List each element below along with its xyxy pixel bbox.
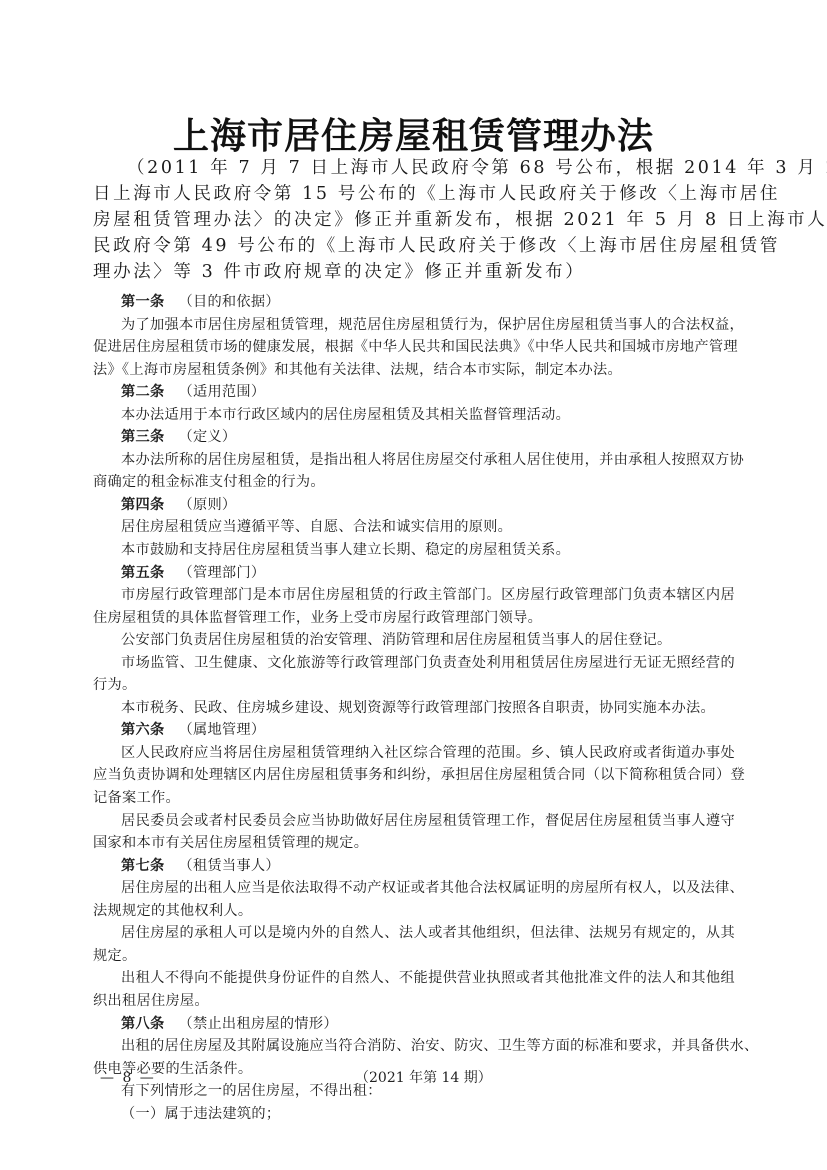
document-title: 上海市居住房屋租赁管理办法	[0, 116, 827, 156]
paragraph-line: 公安部门负责居住房屋租赁的治安管理、消防管理和居住房屋租赁当事人的居住登记。	[93, 629, 735, 652]
article-number: 第三条	[121, 429, 164, 445]
paragraph-line: 法》《上海市房屋租赁条例》和其他有关法律、法规，结合本市实际，制定本办法。	[93, 359, 735, 382]
preamble: （2011 年 7 月 7 日上海市人民政府令第 68 号公布，根据 2014 …	[93, 155, 737, 285]
article-title: （管理部门）	[178, 565, 265, 581]
paragraph-line: 居住房屋的承租人可以是境内外的自然人、法人或者其他组织，但法律、法规另有规定的，…	[93, 922, 735, 945]
paragraph-line: 居住房屋租赁应当遵循平等、自愿、合法和诚实信用的原则。	[93, 516, 735, 539]
paragraph-line: 织出租居住房屋。	[93, 990, 735, 1013]
paragraph-line: 应当负责协调和处理辖区内居住房屋租赁事务和纠纷，承担居住房屋租赁合同（以下简称租…	[93, 764, 735, 787]
preamble-line: 房屋租赁管理办法〉的决定》修正并重新发布，根据 2021 年 5 月 8 日上海…	[93, 207, 737, 233]
paragraph-line: 本办法适用于本市行政区域内的居住房屋租赁及其相关监督管理活动。	[93, 404, 735, 427]
article-title: （租赁当事人）	[178, 858, 279, 874]
article-heading: 第四条（原则）	[93, 494, 735, 517]
preamble-line: 日上海市人民政府令第 15 号公布的《上海市人民政府关于修改〈上海市居住	[93, 181, 737, 207]
paragraph-line: 为了加强本市居住房屋租赁管理，规范居住房屋租赁行为，保护居住房屋租赁当事人的合法…	[93, 314, 735, 337]
article-title: （属地管理）	[178, 722, 265, 738]
paragraph-line: 出租的居住房屋及其附属设施应当符合消防、治安、防灾、卫生等方面的标准和要求，并具…	[93, 1035, 735, 1058]
paragraph-line: 区人民政府应当将居住房屋租赁管理纳入社区综合管理的范围。乡、镇人民政府或者街道办…	[93, 742, 735, 765]
paragraph-line: 市房屋行政管理部门是本市居住房屋租赁的行政主管部门。区房屋行政管理部门负责本辖区…	[93, 584, 735, 607]
article-heading: 第七条（租赁当事人）	[93, 855, 735, 878]
article-heading: 第二条（适用范围）	[93, 381, 735, 404]
paragraph-line: 本市税务、民政、住房城乡建设、规划资源等行政管理部门按照各自职责，协同实施本办法…	[93, 697, 735, 720]
paragraph-line: 出租人不得向不能提供身份证件的自然人、不能提供营业执照或者其他批准文件的法人和其…	[93, 967, 735, 990]
paragraph-line: 国家和本市有关居住房屋租赁管理的规定。	[93, 832, 735, 855]
document-body: 第一条（目的和依据）为了加强本市居住房屋租赁管理，规范居住房屋租赁行为，保护居住…	[93, 291, 735, 1125]
article-title: （原则）	[178, 497, 236, 513]
article-number: 第八条	[121, 1016, 164, 1032]
article-number: 第六条	[121, 722, 164, 738]
article-heading: 第一条（目的和依据）	[93, 291, 735, 314]
paragraph-line: 居民委员会或者村民委员会应当协助做好居住房屋租赁管理工作，督促居住房屋租赁当事人…	[93, 810, 735, 833]
preamble-line: 民政府令第 49 号公布的《上海市人民政府关于修改〈上海市居住房屋租赁管	[93, 233, 737, 259]
preamble-line: （2011 年 7 月 7 日上海市人民政府令第 68 号公布，根据 2014 …	[93, 155, 737, 181]
preamble-line: 理办法〉等 3 件市政府规章的决定》修正并重新发布）	[93, 259, 737, 285]
page-number: — 8 —	[100, 1066, 156, 1090]
paragraph-line: 法规规定的其他权利人。	[93, 900, 735, 923]
paragraph-line: 记备案工作。	[93, 787, 735, 810]
article-number: 第一条	[121, 294, 164, 310]
article-title: （禁止出租房屋的情形）	[178, 1016, 337, 1032]
paragraph-line: 本市鼓励和支持居住房屋租赁当事人建立长期、稳定的房屋租赁关系。	[93, 539, 735, 562]
article-title: （目的和依据）	[178, 294, 279, 310]
paragraph-line: （一）属于违法建筑的；	[93, 1103, 735, 1126]
article-heading: 第五条（管理部门）	[93, 562, 735, 585]
paragraph-line: 行为。	[93, 674, 735, 697]
article-heading: 第六条（属地管理）	[93, 719, 735, 742]
article-title: （适用范围）	[178, 384, 265, 400]
article-number: 第五条	[121, 565, 164, 581]
paragraph-line: 住房屋租赁的具体监督管理工作，业务上受市房屋行政管理部门领导。	[93, 607, 735, 630]
article-number: 第七条	[121, 858, 164, 874]
paragraph-line: 商确定的租金标准支付租金的行为。	[93, 471, 735, 494]
article-heading: 第三条（定义）	[93, 426, 735, 449]
paragraph-line: 市场监管、卫生健康、文化旅游等行政管理部门负责查处利用租赁居住房屋进行无证无照经…	[93, 652, 735, 675]
article-title: （定义）	[178, 429, 236, 445]
article-heading: 第八条（禁止出租房屋的情形）	[93, 1013, 735, 1036]
paragraph-line: 促进居住房屋租赁市场的健康发展，根据《中华人民共和国民法典》《中华人民共和国城市…	[93, 336, 735, 359]
article-number: 第二条	[121, 384, 164, 400]
paragraph-line: 居住房屋的出租人应当是依法取得不动产权证或者其他合法权属证明的房屋所有权人，以及…	[93, 877, 735, 900]
paragraph-line: 本办法所称的居住房屋租赁，是指出租人将居住房屋交付承租人居住使用，并由承租人按照…	[93, 449, 735, 472]
paragraph-line: 规定。	[93, 945, 735, 968]
article-number: 第四条	[121, 497, 164, 513]
issue-label: （2021 年第 14 期）	[355, 1066, 492, 1090]
